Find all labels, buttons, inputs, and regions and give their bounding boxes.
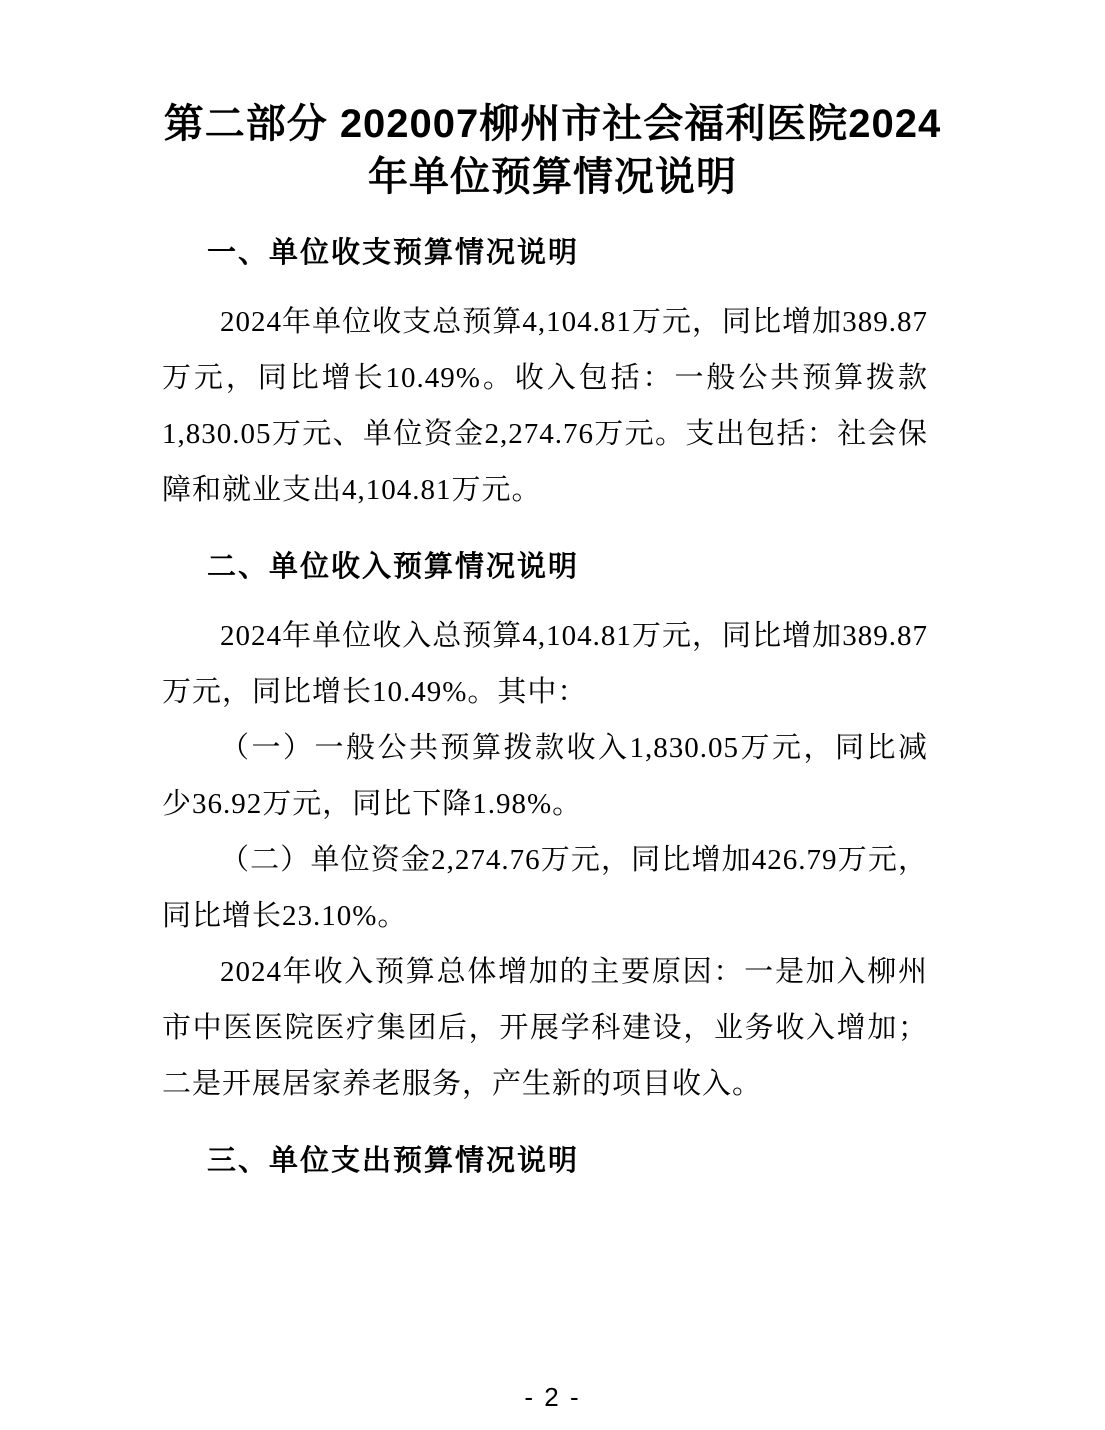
section-heading-expenditure: 三、单位支出预算情况说明 <box>162 1142 928 1180</box>
document-body: 一、单位收支预算情况说明 2024年单位收支总预算4,104.81万元，同比增加… <box>162 234 928 1180</box>
document-page: 第二部分 202007柳州市社会福利医院2024 年单位预算情况说明 一、单位收… <box>0 0 1105 1430</box>
section-heading-income: 二、单位收入预算情况说明 <box>162 548 928 586</box>
paragraph-income-item-2: （二）单位资金2,274.76万元，同比增加426.79万元，同比增长23.10… <box>162 832 928 944</box>
paragraph-total-budget: 2024年单位收支总预算4,104.81万元，同比增加389.87万元，同比增长… <box>162 294 928 518</box>
document-title: 第二部分 202007柳州市社会福利医院2024 年单位预算情况说明 <box>103 98 1003 204</box>
paragraph-income-item-1: （一）一般公共预算拨款收入1,830.05万元，同比减少36.92万元，同比下降… <box>162 720 928 832</box>
paragraph-income-total: 2024年单位收入总预算4,104.81万元，同比增加389.87万元，同比增长… <box>162 608 928 720</box>
page-number: - 2 - <box>0 1382 1105 1413</box>
section-heading-income-expenditure: 一、单位收支预算情况说明 <box>162 234 928 272</box>
paragraph-income-reason: 2024年收入预算总体增加的主要原因：一是加入柳州市中医医院医疗集团后，开展学科… <box>162 944 928 1112</box>
title-line-1: 第二部分 202007柳州市社会福利医院2024 <box>103 98 1003 151</box>
title-line-2: 年单位预算情况说明 <box>103 151 1003 204</box>
